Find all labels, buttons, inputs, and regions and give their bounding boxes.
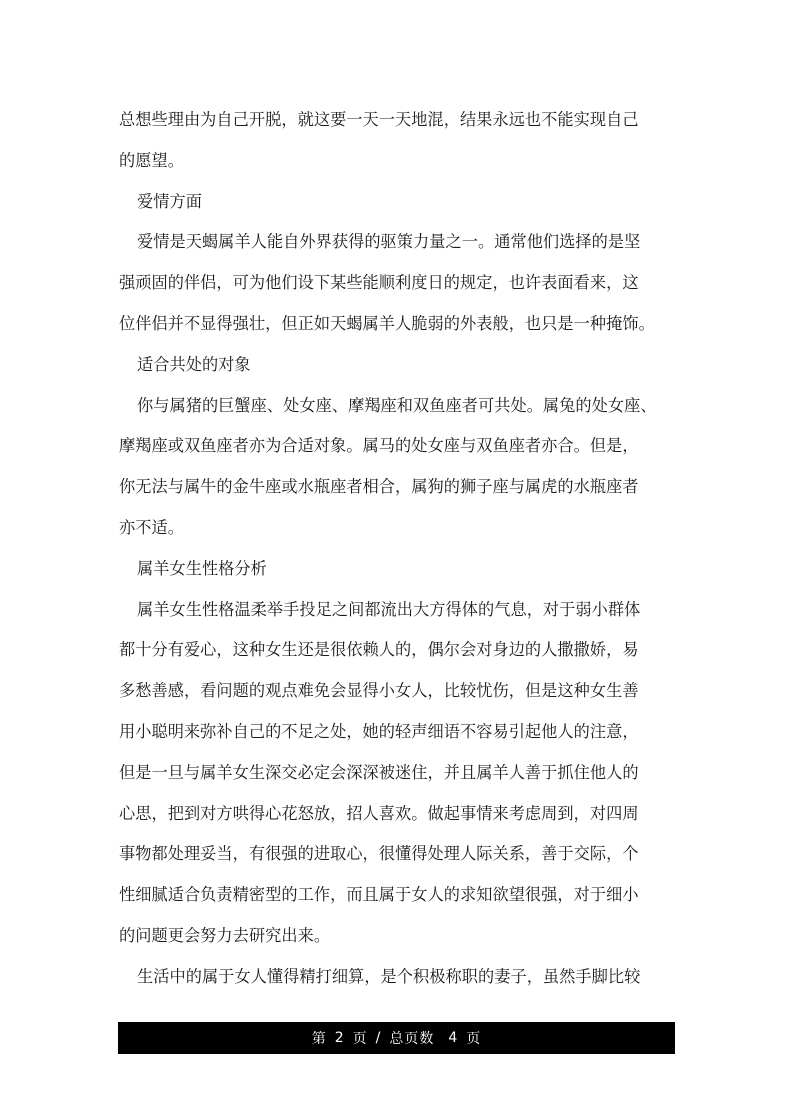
text-line: 爱情是天蝎属羊人能自外界获得的驱策力量之一。通常他们选择的是坚	[119, 222, 675, 263]
text-line: 摩羯座或双鱼座者亦为合适对象。属马的处女座与双鱼座者亦合。但是，	[119, 426, 675, 467]
text-line: 性细腻适合负责精密型的工作，而且属于女人的求知欲望很强，对于细小	[119, 875, 675, 916]
section-heading-compatible: 适合共处的对象	[119, 345, 675, 386]
text-line: 都十分有爱心，这种女生还是很依赖人的，偶尔会对身边的人撒撒娇，易	[119, 630, 675, 671]
footer-separator: /	[376, 1030, 382, 1046]
text-line: 亦不适。	[119, 508, 675, 549]
text-line: 总想些理由为自己开脱，就这要一天一天地混，结果永远也不能实现自己	[119, 100, 675, 141]
section-heading-female-personality: 属羊女生性格分析	[119, 549, 675, 590]
page-footer: 第 2 页 / 总页数 4 页	[118, 1022, 675, 1054]
text-line: 心思，把到对方哄得心花怒放，招人喜欢。做起事情来考虑周到，对四周	[119, 794, 675, 835]
text-line: 你无法与属牛的金牛座或水瓶座者相合，属狗的狮子座与属虎的水瓶座者	[119, 467, 675, 508]
text-line: 位伴侣并不显得强壮，但正如天蝎属羊人脆弱的外表般，也只是一种掩饰。	[119, 304, 675, 345]
footer-prefix: 第	[312, 1028, 327, 1048]
footer-page-unit: 页	[353, 1028, 368, 1048]
total-pages-number: 4	[448, 1030, 458, 1046]
text-line: 的愿望。	[119, 141, 675, 182]
text-line: 你与属猪的巨蟹座、处女座、摩羯座和双鱼座者可共处。属兔的处女座、	[119, 386, 675, 427]
document-body: 总想些理由为自己开脱，就这要一天一天地混，结果永远也不能实现自己 的愿望。 爱情…	[119, 100, 675, 998]
text-line: 但是一旦与属羊女生深交必定会深深被迷住，并且属羊人善于抓住他人的	[119, 753, 675, 794]
text-line: 强顽固的伴侣，可为他们设下某些能顺利度日的规定，也许表面看来，这	[119, 263, 675, 304]
text-line: 的问题更会努力去研究出来。	[119, 916, 675, 957]
text-line: 多愁善感，看问题的观点难免会显得小女人，比较忧伤，但是这种女生善	[119, 671, 675, 712]
text-line: 事物都处理妥当，有很强的进取心，很懂得处理人际关系，善于交际，个	[119, 834, 675, 875]
footer-total-label: 总页数	[389, 1028, 434, 1048]
current-page-number: 2	[335, 1030, 345, 1046]
text-line: 属羊女生性格温柔举手投足之间都流出大方得体的气息，对于弱小群体	[119, 590, 675, 631]
section-heading-love: 爱情方面	[119, 182, 675, 223]
text-line: 生活中的属于女人懂得精打细算，是个积极称职的妻子，虽然手脚比较	[119, 957, 675, 998]
text-line: 用小聪明来弥补自己的不足之处，她的轻声细语不容易引起他人的注意，	[119, 712, 675, 753]
footer-total-unit: 页	[466, 1028, 481, 1048]
